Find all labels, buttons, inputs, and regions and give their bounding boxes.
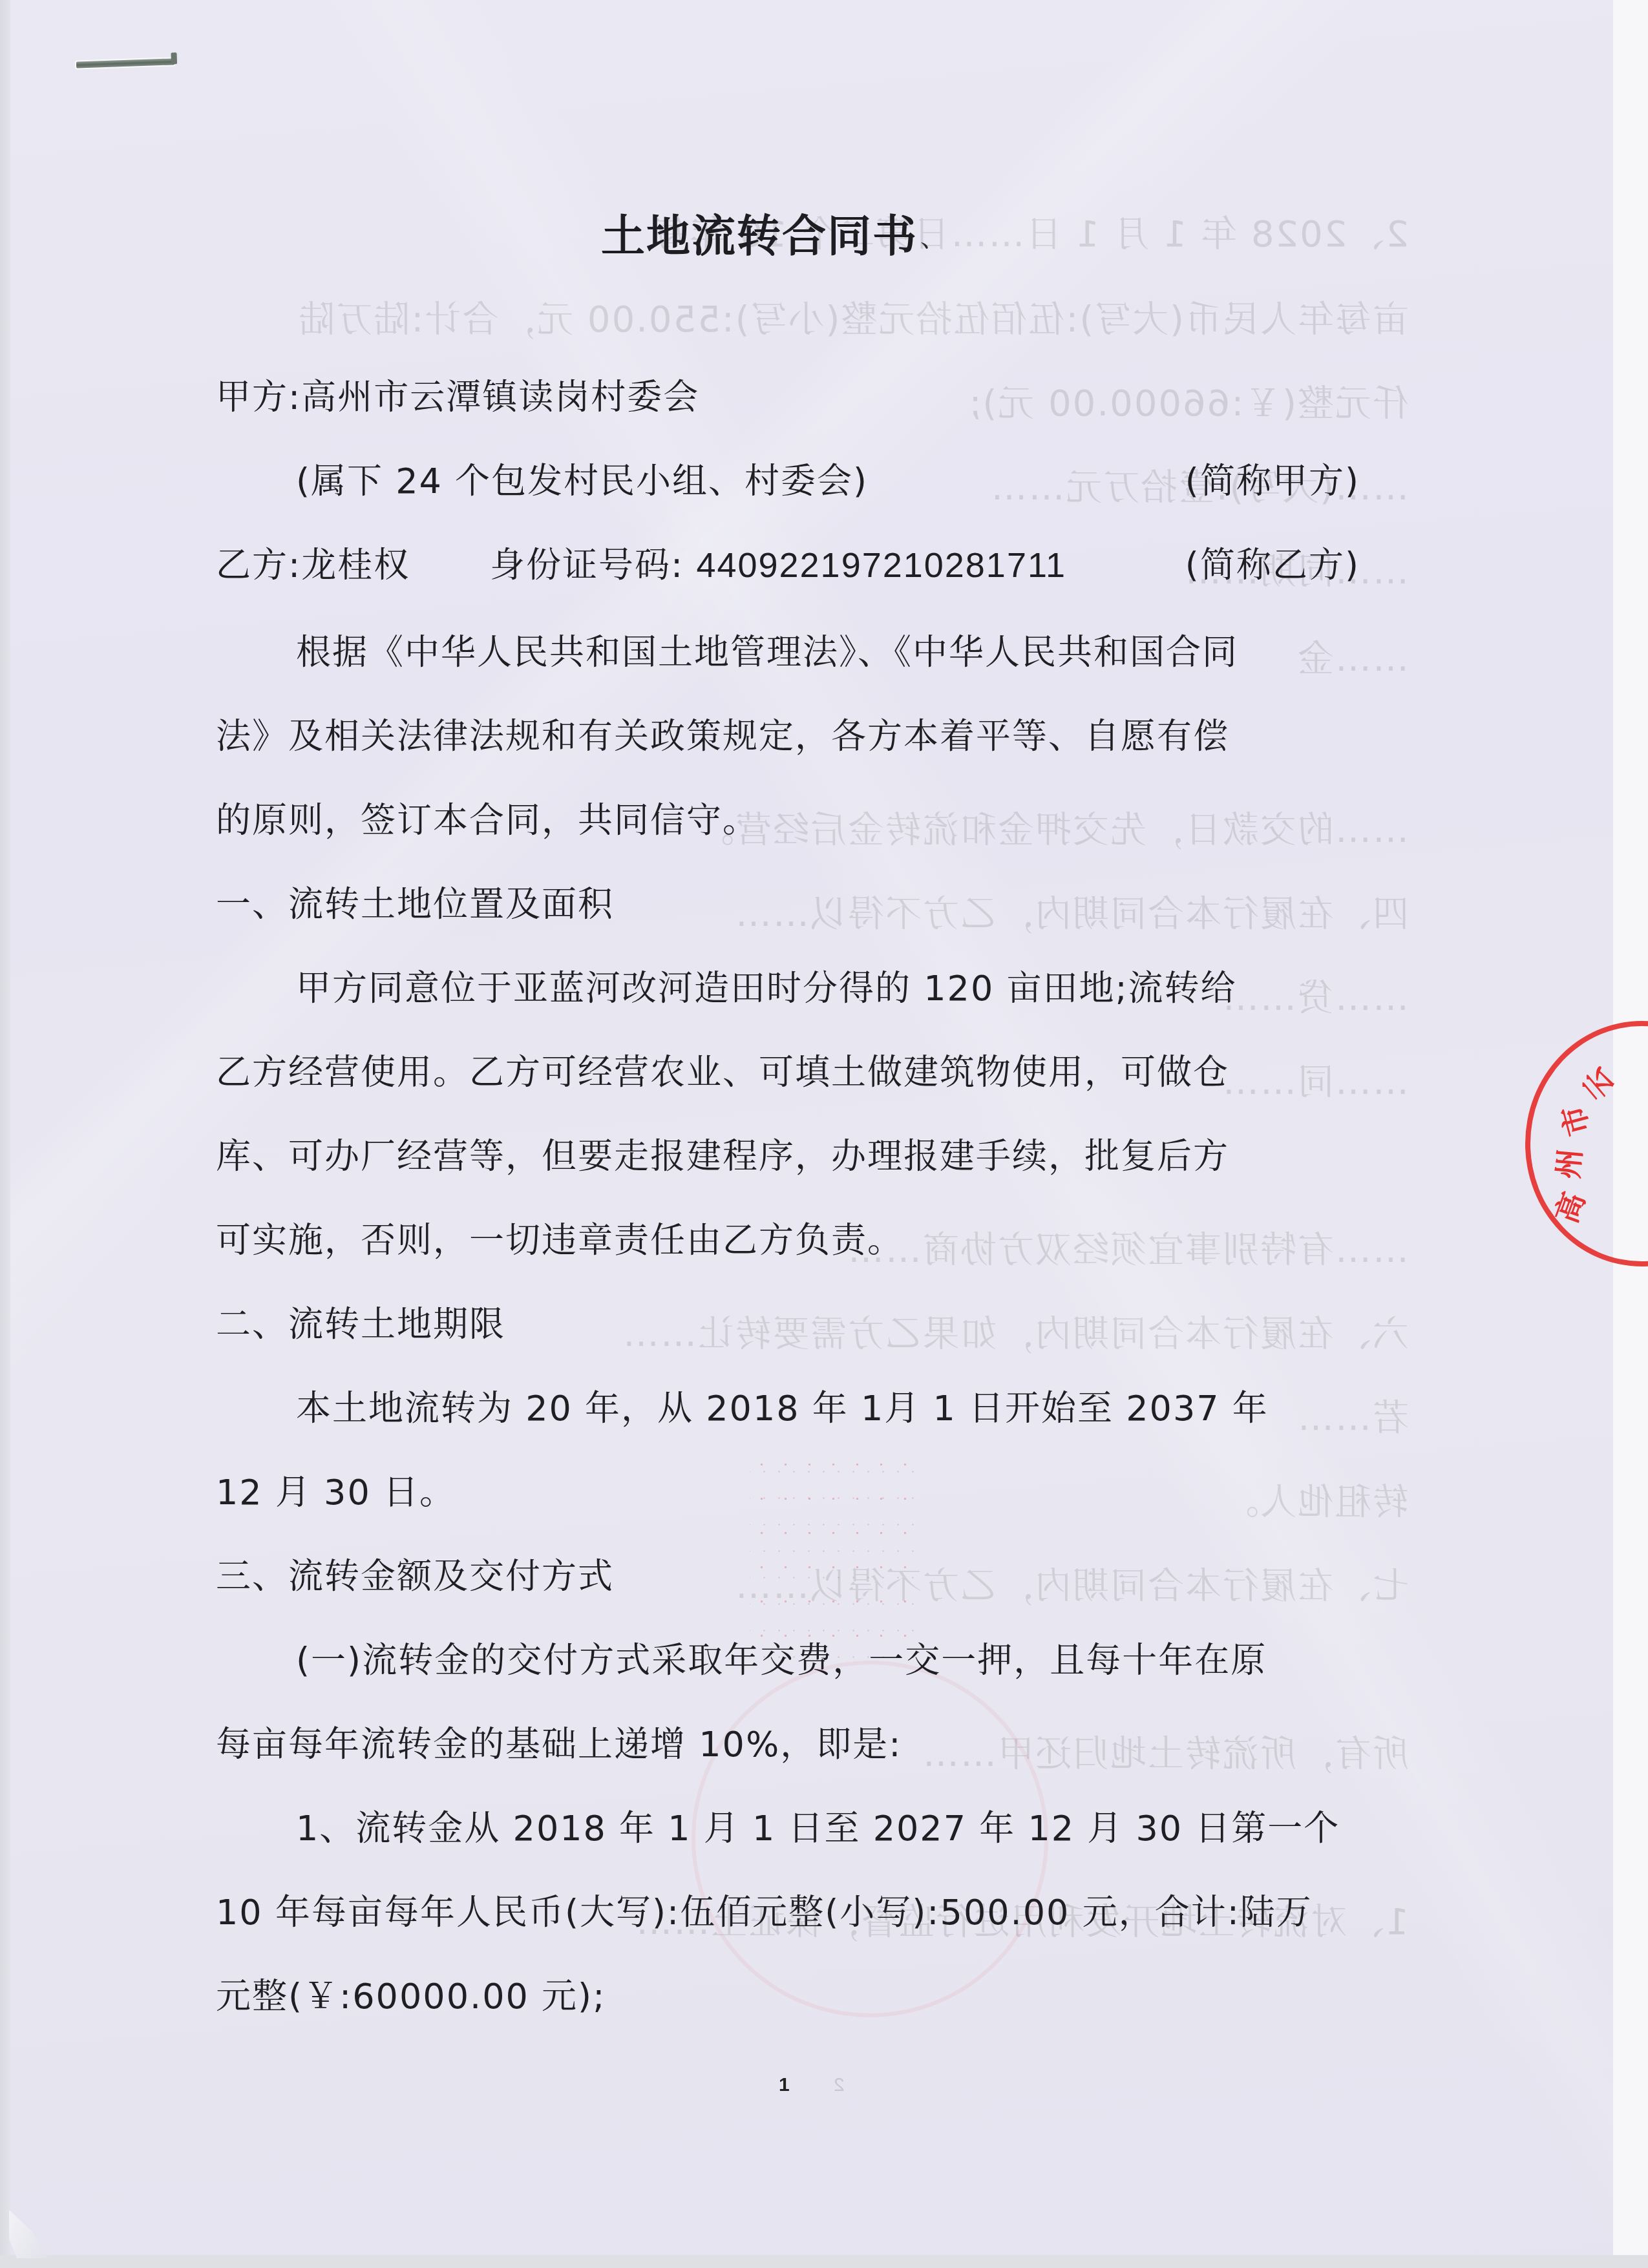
seal-char: 云 [1571, 1060, 1614, 1110]
party-a-members: (属下 24 个包发村民小组、村委会) [296, 459, 868, 504]
party-b-abbrev: (简称乙方) [1185, 543, 1360, 588]
title-mark: 、 [920, 223, 947, 253]
party-a-abbrev: (简称甲方) [1185, 459, 1360, 504]
preamble-line: 法》及相关法律法规和有关政策规定，各方本着平等、自愿有偿 [216, 714, 1229, 759]
contract-content: 土地流转合同书、 甲方:高州市云潭镇读岗村委会 (属下 24 个包发村民小组、村… [0, 0, 1648, 2268]
party-a-line: 甲方:高州市云潭镇读岗村委会 [216, 375, 699, 420]
section-2-line: 12 月 30 日。 [216, 1470, 456, 1515]
seal-char: 高 [1543, 1186, 1594, 1228]
section-3-line: 每亩每年流转金的基础上递增 10%，即是: [216, 1722, 902, 1767]
document-title: 土地流转合同书、 [601, 202, 947, 264]
section-1-line: 库、可办厂经营等，但要走报建程序，办理报建手续，批复后方 [216, 1134, 1229, 1179]
section-heading: 三、流转金额及交付方式 [216, 1554, 614, 1599]
id-number: 440922197210281711 [696, 546, 1066, 585]
title-text: 土地流转合同书 [601, 211, 918, 262]
section-heading: 二、流转土地期限 [216, 1302, 505, 1347]
section-3-line: 1、流转金从 2018 年 1 月 1 日至 2027 年 12 月 30 日第… [296, 1806, 1340, 1851]
seal-text-clip: 高 州 市 云 [1525, 1021, 1614, 1266]
preamble-line: 的原则，签订本合同，共同信守。 [216, 798, 759, 843]
section-heading: 一、流转土地位置及面积 [216, 882, 614, 927]
page-number-bleed: 2 [834, 2074, 845, 2096]
party-a-subline: (属下 24 个包发村民小组、村委会) (简称甲方) [296, 459, 1360, 504]
section-1-line: 乙方经营使用。乙方可经营农业、可填土做建筑物使用，可做仓 [216, 1050, 1229, 1095]
seal-char: 州 [1545, 1147, 1590, 1181]
section-2-line: 本土地流转为 20 年，从 2018 年 1月 1 日开始至 2037 年 [296, 1386, 1269, 1431]
preamble-line: 根据《中华人民共和国土地管理法》、《中华人民共和国合同 [296, 630, 1238, 675]
section-3-line: 元整(￥:60000.00 元); [216, 1974, 606, 2019]
section-1-line: 甲方同意位于亚蓝河改河造田时分得的 120 亩田地;流转给 [296, 966, 1237, 1011]
section-1-line: 可实施，否则，一切违章责任由乙方负责。 [216, 1218, 903, 1263]
party-b-name: 乙方:龙桂权 [216, 543, 410, 588]
party-b-line: 乙方:龙桂权 身份证号码: 440922197210281711 (简称乙方) [216, 543, 1360, 588]
section-3-line: 10 年每亩每年人民币(大写):伍佰元整(小写):500.00 元，合计:陆万 [216, 1890, 1313, 1935]
page-number: 1 [779, 2074, 790, 2096]
party-b-id: 身份证号码: 440922197210281711 [490, 543, 1066, 588]
id-label: 身份证号码: [490, 545, 684, 585]
section-3-line: (一)流转金的交付方式采取年交费，一交一押，且每十年在原 [296, 1638, 1267, 1683]
